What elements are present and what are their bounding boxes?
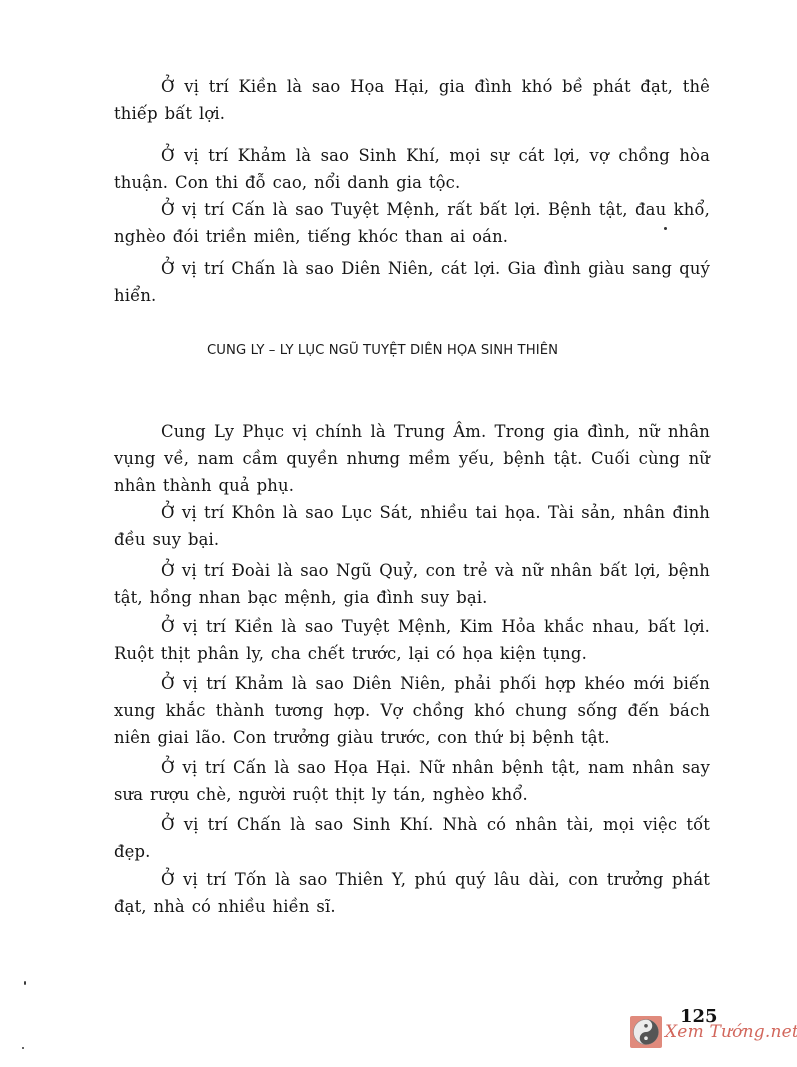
scan-speck xyxy=(24,981,26,985)
paragraph-khon-luc-sat: Ở vị trí Khôn là sao Lục Sát, nhiều tai … xyxy=(114,499,710,553)
paragraph-doai-ngu-quy: Ở vị trí Đoài là sao Ngũ Quỷ, con trẻ và… xyxy=(114,557,710,611)
page-number: 125 xyxy=(680,1006,718,1027)
paragraph-kien-hoa-hai: Ở vị trí Kiền là sao Họa Hại, gia đình k… xyxy=(114,73,710,127)
scan-speck xyxy=(22,1047,24,1049)
paragraph-kham-sinh-khi: Ở vị trí Khảm là sao Sinh Khí, mọi sự cá… xyxy=(114,142,710,196)
paragraph-chan-dien-nien: Ở vị trí Chấn là sao Diên Niên, cát lợi.… xyxy=(114,255,710,309)
paragraph-chan-sinh-khi: Ở vị trí Chấn là sao Sinh Khí. Nhà có nh… xyxy=(114,811,710,865)
paragraph-can-tuyet-menh: Ở vị trí Cấn là sao Tuyệt Mệnh, rất bất … xyxy=(114,196,710,250)
section-heading: CUNG LY – LY LỤC NGŨ TUYỆT DIÊN HỌA SINH… xyxy=(207,343,558,358)
scan-speck xyxy=(664,227,667,230)
paragraph-can-hoa-hai: Ở vị trí Cấn là sao Họa Hại. Nữ nhân bện… xyxy=(114,754,710,808)
paragraph-kien-tuyet-menh: Ở vị trí Kiền là sao Tuyệt Mệnh, Kim Hỏa… xyxy=(114,613,710,667)
book-page: Ở vị trí Kiền là sao Họa Hại, gia đình k… xyxy=(0,0,797,1067)
yin-yang-icon xyxy=(630,1016,662,1048)
paragraph-cung-ly-intro: Cung Ly Phục vị chính là Trung Âm. Trong… xyxy=(114,418,710,499)
paragraph-ton-thien-y: Ở vị trí Tốn là sao Thiên Y, phú quý lâu… xyxy=(114,866,710,920)
paragraph-kham-dien-nien: Ở vị trí Khảm là sao Diên Niên, phải phố… xyxy=(114,670,710,751)
